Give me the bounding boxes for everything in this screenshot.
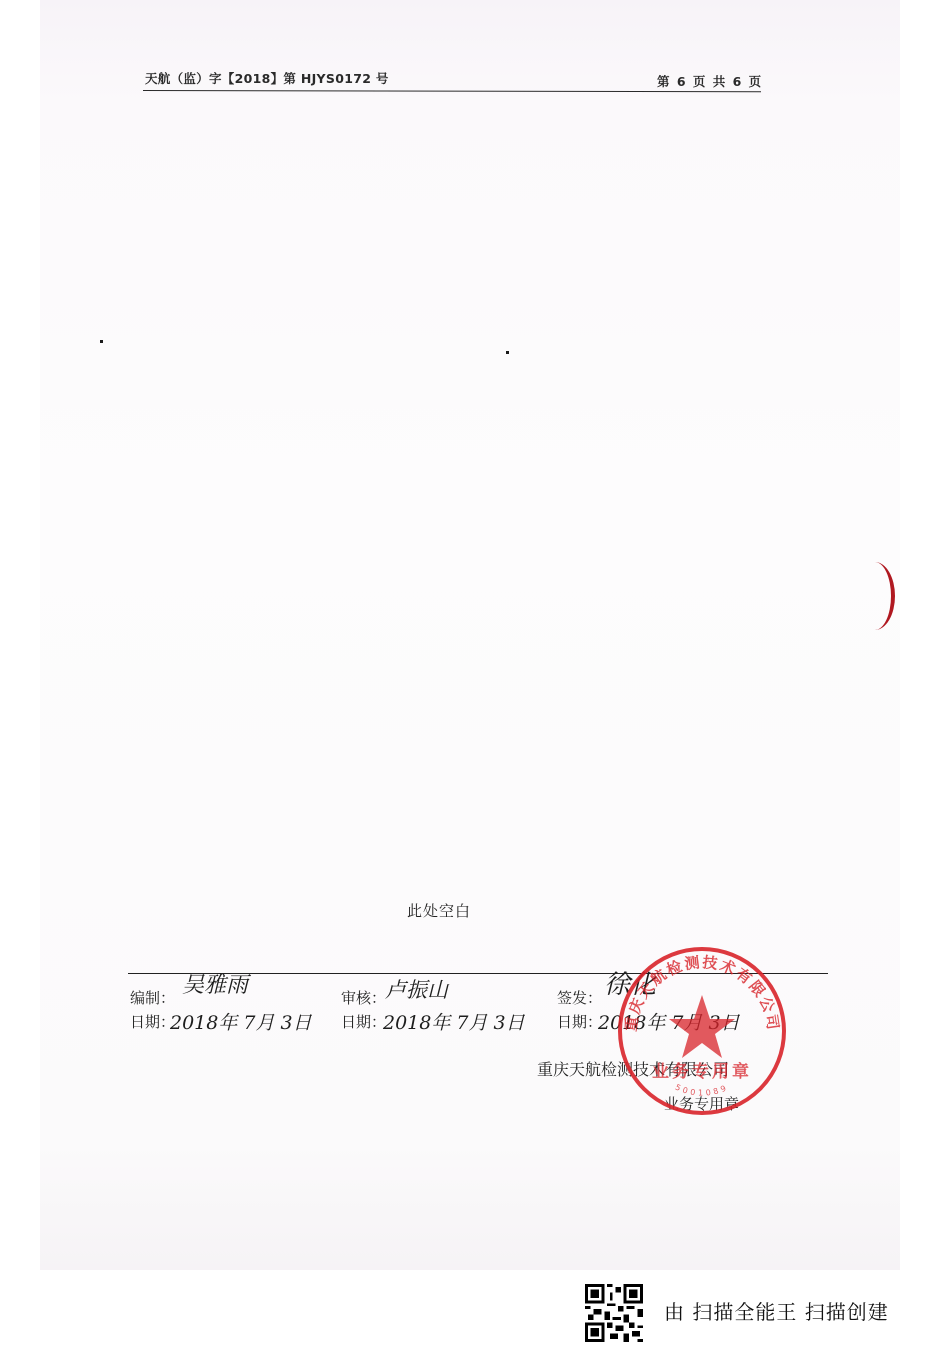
reviewed-date-label: 日期： (341, 1011, 386, 1032)
prepared-date-label: 日期： (130, 1011, 175, 1032)
scanner-credit: 由 扫描全能王 扫描创建 (664, 1296, 889, 1325)
page-indicator: 第 6 页 共 6 页 (657, 72, 763, 90)
issued-date: 2018年 7月 3日 (598, 1008, 740, 1035)
reviewed-label: 审核： (341, 987, 386, 1008)
company-name: 重庆天航检测技术有限公司 (537, 1057, 729, 1080)
scan-speck (100, 340, 103, 343)
prepared-signature: 吴雅雨 (182, 968, 248, 999)
report-number: 天航（监）字【2018】第 HJYS0172 号 (145, 69, 389, 87)
seal-type-label: 业务专用章 (664, 1093, 739, 1114)
scanned-page (40, 0, 900, 1270)
seal-edge-mark (855, 562, 895, 630)
issued-label: 签发： (557, 987, 602, 1008)
reviewed-date: 2018年 7月 3日 (383, 1008, 525, 1035)
qr-code-icon (583, 1284, 645, 1342)
issued-signature: 徐化 (604, 964, 656, 1001)
prepared-label: 编制： (130, 987, 175, 1008)
prepared-date: 2018年 7月 3日 (170, 1008, 312, 1035)
scan-speck (506, 351, 509, 354)
blank-note: 此处空白 (407, 900, 471, 921)
issued-date-label: 日期： (557, 1011, 602, 1032)
reviewed-signature: 卢振山 (385, 974, 448, 1004)
